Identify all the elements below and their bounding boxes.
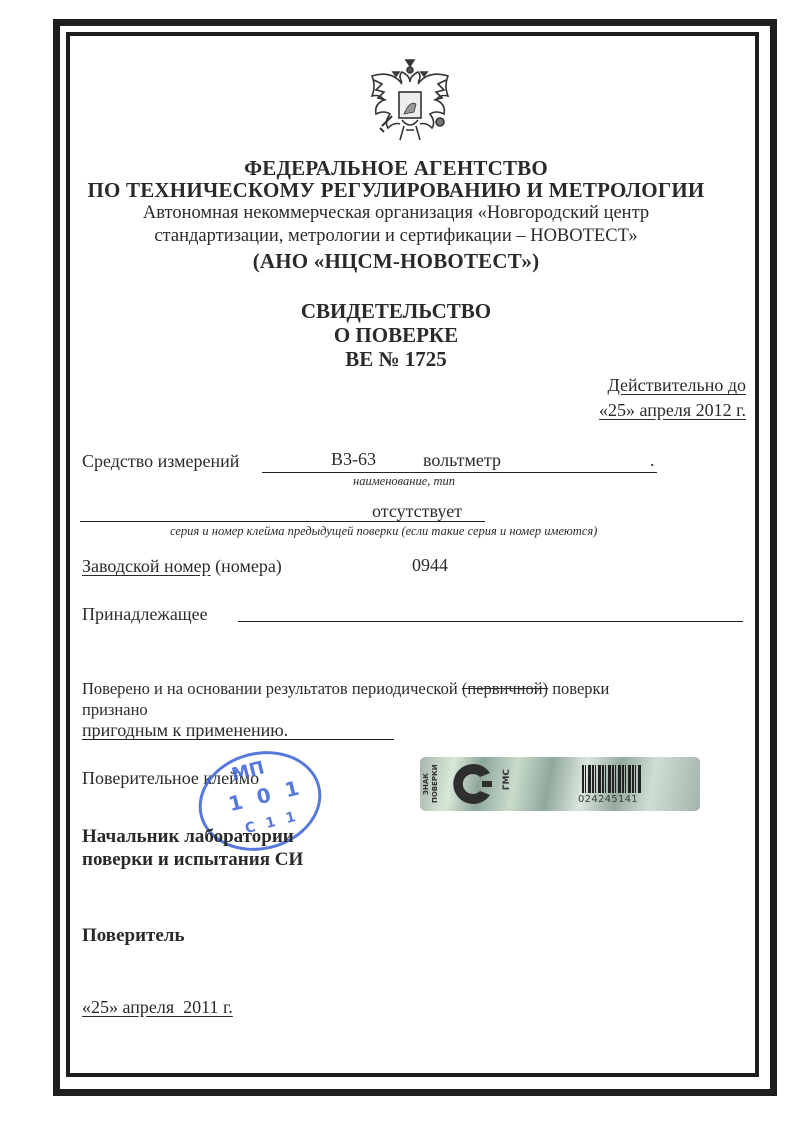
barcode-icon xyxy=(582,765,642,793)
verdict-underline xyxy=(82,739,394,740)
verifier-label: Поверитель xyxy=(82,925,185,947)
result-verdict: пригодным к применению. xyxy=(82,720,288,741)
result-struck-text: (первичной) xyxy=(462,679,548,698)
organization-line1: Автономная некоммерческая организация «Н… xyxy=(0,203,792,224)
result-line2: признано xyxy=(82,700,148,720)
result-text-before: Поверено и на основании результатов пери… xyxy=(82,679,462,698)
instrument-underline xyxy=(262,472,657,473)
serial-number-value: 0944 xyxy=(412,555,448,576)
agency-name-line2: ПО ТЕХНИЧЕСКОМУ РЕГУЛИРОВАНИЮ И МЕТРОЛОГ… xyxy=(0,178,792,203)
gms-logo-icon xyxy=(450,761,496,807)
valid-until-date: «25» апреля 2012 г. xyxy=(599,400,746,421)
verification-hologram-sticker: ЗНАКПОВЕРКИ ГМС 024245141 xyxy=(420,757,700,811)
previous-mark-value: отсутствует xyxy=(372,501,462,522)
instrument-caption: наименование, тип xyxy=(353,474,455,489)
issue-date: «25» апреля 2011 г. xyxy=(82,997,233,1018)
organization-line2: стандартизации, метрологии и сертификаци… xyxy=(0,226,792,247)
certificate-title-line1: СВИДЕТЕЛЬСТВО xyxy=(0,299,792,324)
znak-line2: ПОВЕРКИ xyxy=(431,765,439,804)
instrument-trailing-dot: . xyxy=(650,450,655,471)
owner-underline xyxy=(238,621,743,622)
result-text-after: поверки xyxy=(548,679,609,698)
serial-label-rest: (номера) xyxy=(211,556,282,576)
certificate-number: ВЕ № 1725 xyxy=(0,347,792,372)
hologram-barcode-number: 024245141 xyxy=(578,794,638,805)
organization-short-name: (АНО «НЦСМ-НОВОТЕСТ») xyxy=(0,249,792,274)
hologram-brand: ГМС xyxy=(502,769,512,790)
serial-number-label: Заводской номер (номера) xyxy=(82,556,282,577)
hologram-znak-text: ЗНАКПОВЕРКИ xyxy=(422,761,440,807)
russian-coat-of-arms-icon xyxy=(360,56,460,152)
head-of-lab-line1: Начальник лаборатории xyxy=(82,826,294,848)
instrument-name: вольтметр xyxy=(423,450,501,471)
valid-until-label: Действительно до xyxy=(608,375,746,396)
stamp-top-text: МП xyxy=(229,757,266,785)
znak-line1: ЗНАК xyxy=(422,773,430,795)
owner-label: Принадлежащее xyxy=(82,604,208,625)
head-of-lab-line2: поверки и испытания СИ xyxy=(82,849,303,871)
result-text: Поверено и на основании результатов пери… xyxy=(82,679,609,699)
certificate-title-line2: О ПОВЕРКЕ xyxy=(0,323,792,348)
serial-label-underlined: Заводской номер xyxy=(82,556,211,576)
instrument-label: Средство измерений xyxy=(82,451,239,472)
instrument-type: В3-63 xyxy=(331,449,376,470)
previous-mark-caption: серия и номер клейма предыдущей поверки … xyxy=(170,524,597,539)
